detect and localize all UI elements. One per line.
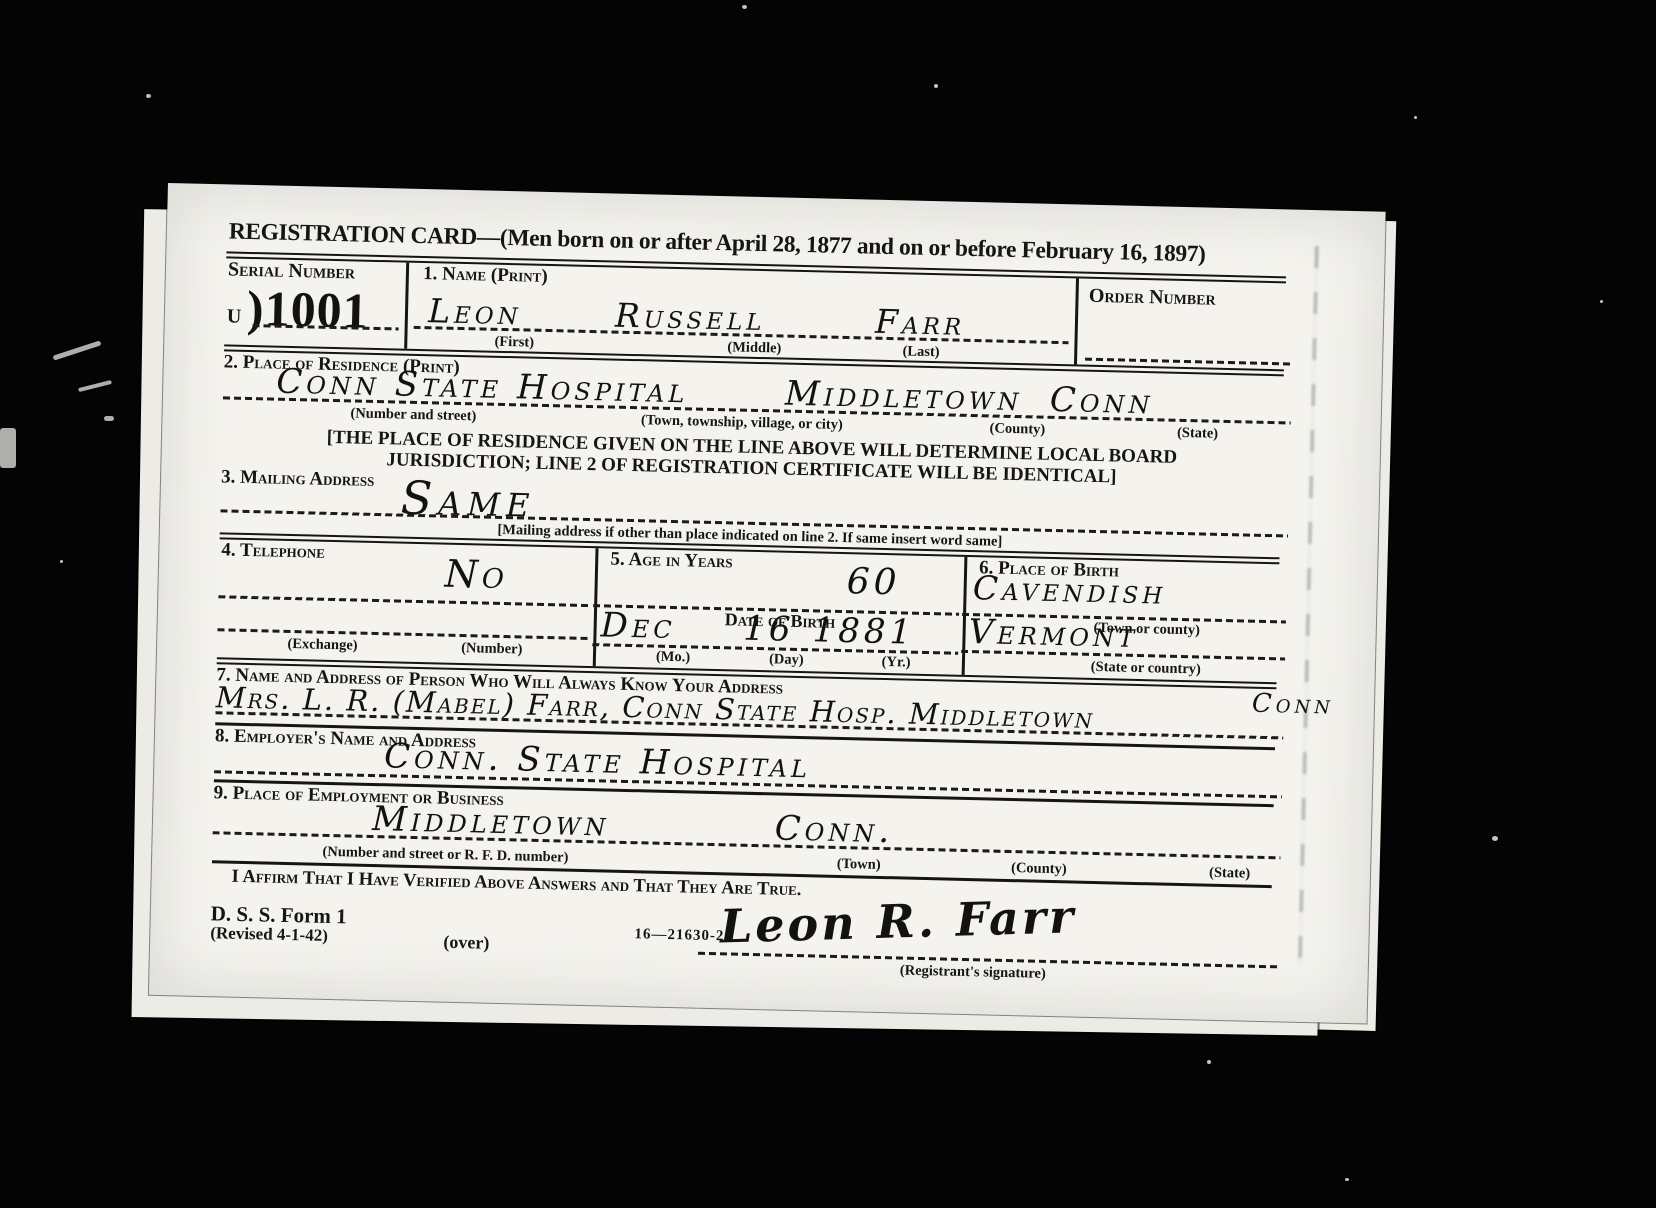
name-field: 1. Name (Print) Leon Russell Farr (First… (407, 263, 1076, 365)
name-label: 1. Name (Print) (423, 263, 548, 288)
birth-year-handwriting: 1881 (812, 613, 915, 649)
scratch-mark (78, 380, 112, 392)
print-code: 16—21630-2 (634, 926, 724, 945)
name-first-sublabel: (First) (494, 334, 534, 352)
form-revision: (Revised 4-1-42) (210, 924, 346, 945)
age-label: 5. Age in Years (610, 549, 733, 574)
telephone-handwriting: No (444, 555, 508, 594)
birth-day-handwriting: 16 (743, 612, 795, 647)
serial-prefix: U (227, 305, 242, 328)
birth-town-handwriting: Cavendish (973, 571, 1167, 609)
age-handwriting: 60 (846, 564, 901, 601)
dust-speck (934, 84, 938, 88)
serial-number-field: Serial Number )1001 U (224, 258, 409, 348)
dust-speck (742, 5, 747, 9)
card-crease (1298, 246, 1319, 966)
registration-card-stack: REGISTRATION CARD—(Men born on or after … (149, 183, 1386, 1023)
dust-speck (1600, 300, 1603, 303)
signature-sublabel: (Registrant's signature) (900, 962, 1046, 982)
dust-speck (1492, 836, 1498, 841)
employment-sublabel-county: (County) (1011, 860, 1067, 878)
name-middle-sublabel: (Middle) (727, 339, 781, 357)
employment-sublabel-state: (State) (1209, 865, 1250, 883)
residence-sublabel-town: (Town, township, village, or city) (641, 412, 843, 434)
registrant-signature: Leon R. Farr (719, 889, 1077, 953)
dust-speck (146, 94, 151, 98)
scratch-mark (0, 428, 16, 468)
dust-speck (1207, 1060, 1211, 1064)
residence-state-handwriting: Conn (1050, 383, 1154, 419)
contact-person-overflow-handwriting: Conn (1252, 691, 1335, 719)
name-last-sublabel: (Last) (902, 343, 939, 361)
telephone-field: 4. Telephone No (Exchange) (Number) (217, 539, 599, 666)
dust-speck (1345, 1178, 1349, 1181)
over-note: (over) (443, 932, 489, 954)
telephone-number-sublabel: (Number) (461, 640, 523, 658)
scratch-mark (104, 416, 114, 421)
dotted-line (218, 595, 590, 607)
employment-sublabel-town: (Town) (837, 856, 881, 874)
birth-state-sublabel: (State or country) (1091, 659, 1201, 679)
name-first-handwriting: Leon (428, 294, 522, 329)
birth-state-handwriting: Vermont (968, 615, 1138, 653)
birth-month-sublabel: (Mo.) (656, 649, 691, 667)
mailing-address-label: 3. Mailing Address (221, 466, 375, 492)
dotted-line (1085, 358, 1290, 366)
residence-sublabel-street: (Number and street) (350, 405, 476, 425)
dust-speck (60, 560, 63, 563)
telephone-label: 4. Telephone (221, 539, 325, 563)
residence-sublabel-state: (State) (1177, 425, 1218, 443)
age-and-birthdate-field: 5. Age in Years 60 Date of Birth Dec 16 … (596, 548, 967, 675)
order-number-label: Order Number (1089, 285, 1216, 311)
birth-year-sublabel: (Yr.) (881, 654, 910, 672)
registration-card: REGISTRATION CARD—(Men born on or after … (149, 183, 1386, 1023)
form-identifier: D. S. S. Form 1 (Revised 4-1-42) (210, 902, 347, 945)
name-middle-handwriting: Russell (615, 299, 766, 336)
order-number-field: Order Number (1074, 278, 1286, 369)
scanner-background: REGISTRATION CARD—(Men born on or after … (0, 0, 1656, 1208)
place-of-birth-field: 6. Place of Birth Cavendish (Town or cou… (965, 557, 1280, 682)
dotted-line (217, 628, 589, 640)
telephone-age-birth-row: 4. Telephone No (Exchange) (Number) 5. A… (217, 539, 1279, 682)
birth-day-sublabel: (Day) (769, 651, 804, 669)
dust-speck (1414, 116, 1417, 119)
residence-sublabel-county: (County) (989, 420, 1045, 438)
telephone-exchange-sublabel: (Exchange) (287, 636, 357, 655)
employment-state-handwriting: Conn. (774, 811, 893, 848)
name-last-handwriting: Farr (875, 305, 966, 340)
employment-sublabel-street: (Number and street or R. F. D. number) (322, 844, 568, 867)
birth-month-handwriting: Dec (600, 608, 676, 644)
scratch-mark (52, 340, 101, 360)
